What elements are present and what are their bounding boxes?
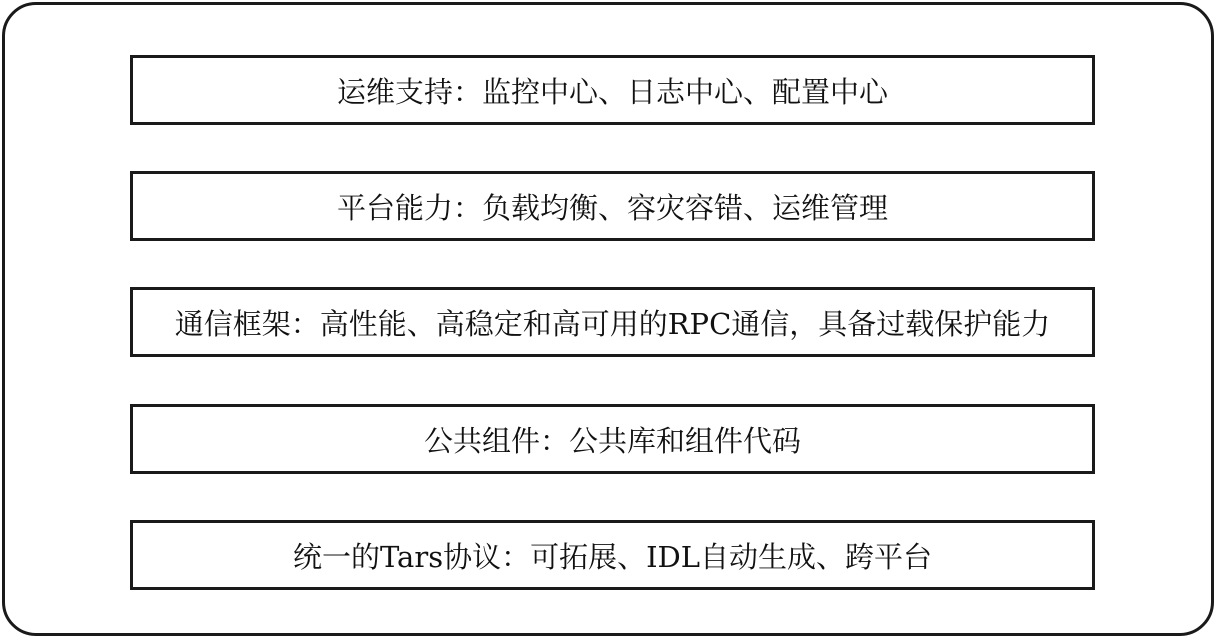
layer-ops-support: 运维支持：监控中心、日志中心、配置中心: [130, 55, 1095, 125]
layer-label: 运维支持：监控中心、日志中心、配置中心: [337, 70, 888, 111]
layer-tars-protocol: 统一的Tars协议：可拓展、IDL自动生成、跨平台: [130, 520, 1095, 590]
layer-label: 统一的Tars协议：可拓展、IDL自动生成、跨平台: [293, 535, 932, 576]
layer-common-components: 公共组件：公共库和组件代码: [130, 404, 1095, 474]
layer-platform-capability: 平台能力：负载均衡、容灾容错、运维管理: [130, 171, 1095, 241]
layer-communication-framework: 通信框架：高性能、高稳定和高可用的RPC通信，具备过载保护能力: [130, 287, 1095, 357]
layer-label: 通信框架：高性能、高稳定和高可用的RPC通信，具备过载保护能力: [175, 302, 1051, 343]
layer-label: 平台能力：负载均衡、容灾容错、运维管理: [337, 186, 888, 227]
layer-label: 公共组件：公共库和组件代码: [424, 419, 801, 460]
